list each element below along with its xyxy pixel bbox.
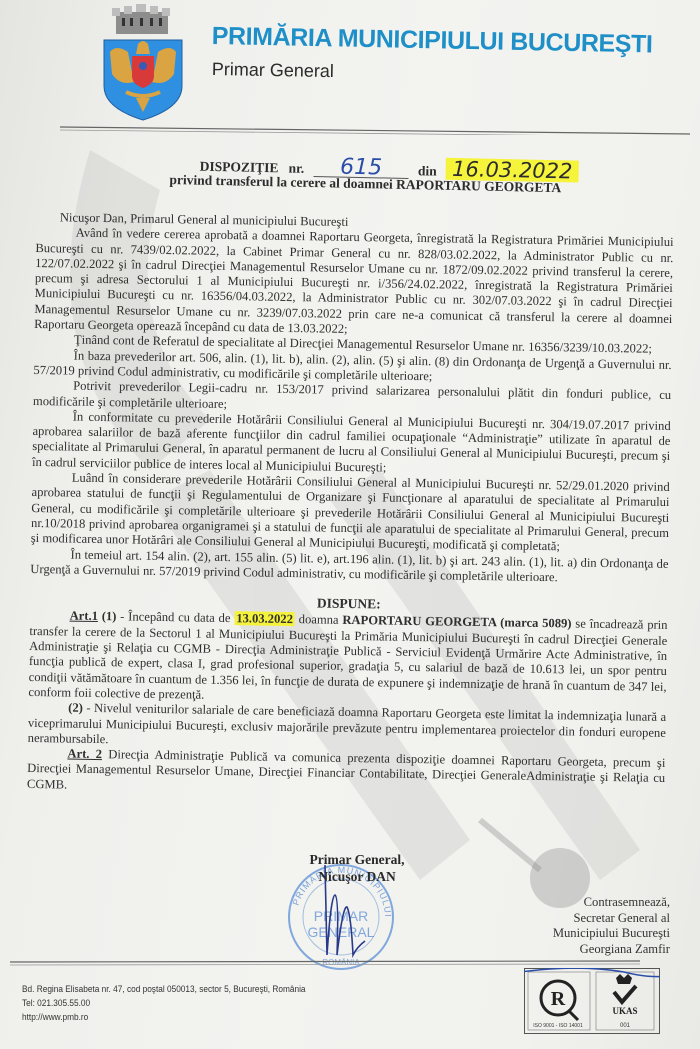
mayor-signature-block: Primar General, Nicuşor DAN bbox=[282, 851, 432, 885]
number-label: nr. bbox=[288, 160, 304, 175]
countersign-line: Secretar General al bbox=[530, 911, 670, 927]
paragraph-number: (1) bbox=[102, 610, 117, 624]
footer-website[interactable]: http://www.pmb.ro bbox=[22, 1010, 306, 1024]
highlighted-start-date: 13.03.2022 bbox=[234, 612, 295, 627]
svg-text:ISO 9001 - ISO 14001: ISO 9001 - ISO 14001 bbox=[533, 1023, 583, 1029]
article-text: se încadrează prin transfer la cerere de… bbox=[28, 617, 667, 702]
svg-text:001: 001 bbox=[620, 1023, 631, 1029]
article-text: - Nivelul veniturilor salariale de care … bbox=[28, 701, 667, 746]
article-1-label: Art.1 bbox=[70, 609, 99, 623]
document-title: DISPOZIŢIE nr. 615 din 16.03.2022 privin… bbox=[169, 152, 690, 203]
preamble-paragraph: În conformitate cu prevederile Hotărârii… bbox=[32, 409, 671, 480]
preamble-paragraph: Având în vedere cererea aprobată a doamn… bbox=[34, 225, 674, 342]
countersignature-block: Contrasemnează, Secretar General al Muni… bbox=[530, 895, 670, 957]
article-2: Art. 2 Direcţia Administraţie Publică va… bbox=[27, 746, 666, 802]
article-text: Direcţia Administraţie Publică va comuni… bbox=[27, 747, 666, 791]
organization-name: PRIMĂRIA MUNICIPIULUI BUCUREŞTI bbox=[211, 22, 652, 59]
countersign-line: Georgiana Zamfir bbox=[530, 942, 670, 958]
mayor-title: Primar General, bbox=[282, 851, 432, 868]
footer-divider bbox=[0, 958, 700, 968]
bucharest-coat-of-arms-icon bbox=[98, 4, 188, 122]
document-page: PRIMĂRIA MUNICIPIULUI BUCUREŞTI Primar G… bbox=[0, 0, 700, 1049]
article-2-label: Art. 2 bbox=[67, 747, 102, 762]
document-body: Nicuşor Dan, Primarul General al municip… bbox=[27, 210, 674, 802]
countersign-line: Contrasemnează, bbox=[530, 895, 670, 911]
article-1-paragraph-1: Art.1 (1) - Începând cu data de 13.03.20… bbox=[28, 608, 667, 710]
paragraph-number: (2) bbox=[68, 701, 83, 715]
preamble-paragraph: Luând în considerare prevederile Hotărâr… bbox=[31, 470, 670, 556]
footer-contact: Bd. Regina Elisabeta nr. 47, cod poştal … bbox=[22, 982, 306, 1024]
countersign-line: Municipiului Bucureşti bbox=[530, 926, 670, 942]
article-text: doamna bbox=[295, 613, 343, 628]
article-text: - Începând cu data de bbox=[116, 610, 234, 626]
organization-subtitle: Primar General bbox=[212, 59, 334, 82]
svg-text:UKAS: UKAS bbox=[612, 1006, 637, 1016]
footer-phone: Tel: 021.305.55.00 bbox=[22, 996, 306, 1010]
svg-text:R: R bbox=[551, 988, 566, 1010]
iso-certification-icon: R ISO 9001 - ISO 14001 UKAS 001 bbox=[524, 968, 660, 1034]
header-divider bbox=[60, 125, 690, 135]
mayor-name: Nicuşor DAN bbox=[282, 868, 432, 885]
footer-address: Bd. Regina Elisabeta nr. 47, cod poştal … bbox=[22, 982, 306, 996]
